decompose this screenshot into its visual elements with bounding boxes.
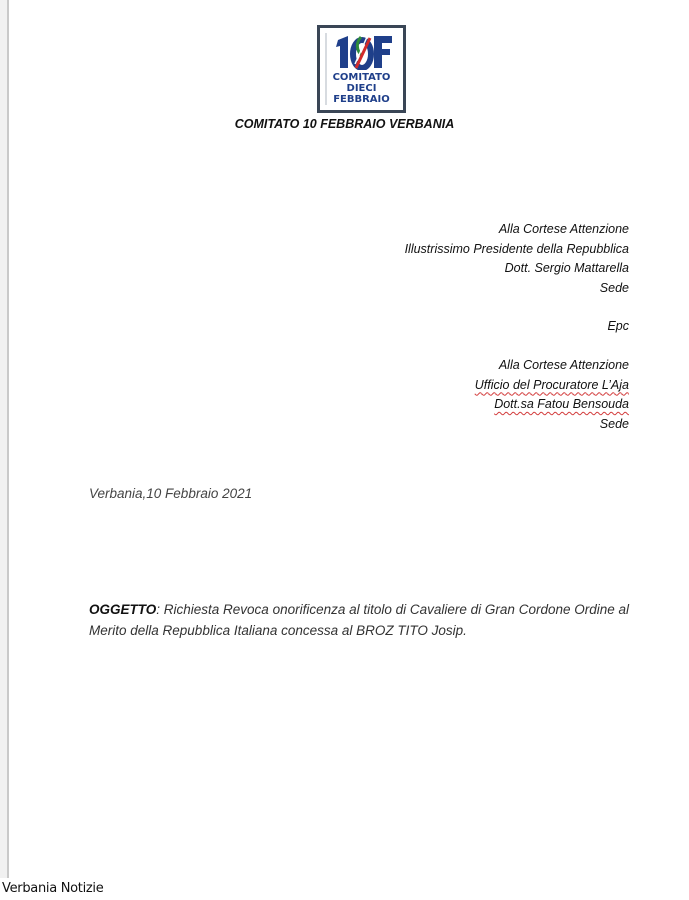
committee-logo: COMITATO DIECI FEBBRAIO	[317, 25, 406, 113]
logo-10f-mark-icon	[334, 34, 394, 70]
primary-recipient-block: Alla Cortese Attenzione Illustrissimo Pr…	[405, 220, 629, 298]
document-page	[9, 0, 689, 878]
spellcheck-flagged-text: Dott.sa Fatou Bensouda	[494, 397, 629, 411]
logo-line-3: FEBBRAIO	[320, 94, 403, 105]
source-watermark: Verbania Notizie	[2, 881, 103, 896]
recipient-line: Sede	[405, 279, 629, 299]
logo-line-1: COMITATO	[320, 72, 403, 83]
recipient-line: Alla Cortese Attenzione	[475, 356, 629, 376]
subject-text: : Richiesta Revoca onorificenza al titol…	[89, 602, 629, 638]
recipient-line: Alla Cortese Attenzione	[405, 220, 629, 240]
organization-title: COMITATO 10 FEBBRAIO VERBANIA	[0, 117, 689, 131]
subject-label: OGGETTO	[89, 602, 156, 617]
cc-label: Epc	[607, 317, 629, 337]
spellcheck-flagged-text: Ufficio del Procuratore L’Aja	[475, 378, 629, 392]
recipient-line: Dott. Sergio Mattarella	[405, 259, 629, 279]
recipient-line: Dott.sa Fatou Bensouda	[475, 395, 629, 415]
viewer-left-margin	[0, 0, 7, 878]
recipient-line: Sede	[475, 415, 629, 435]
subject-paragraph: OGGETTO: Richiesta Revoca onorificenza a…	[89, 599, 629, 641]
recipient-line: Illustrissimo Presidente della Repubblic…	[405, 240, 629, 260]
recipient-line: Ufficio del Procuratore L’Aja	[475, 376, 629, 396]
logo-line-2: DIECI	[320, 83, 403, 94]
secondary-recipient-block: Alla Cortese Attenzione Ufficio del Proc…	[475, 356, 629, 434]
date-line: Verbania,10 Febbraio 2021	[89, 486, 252, 501]
